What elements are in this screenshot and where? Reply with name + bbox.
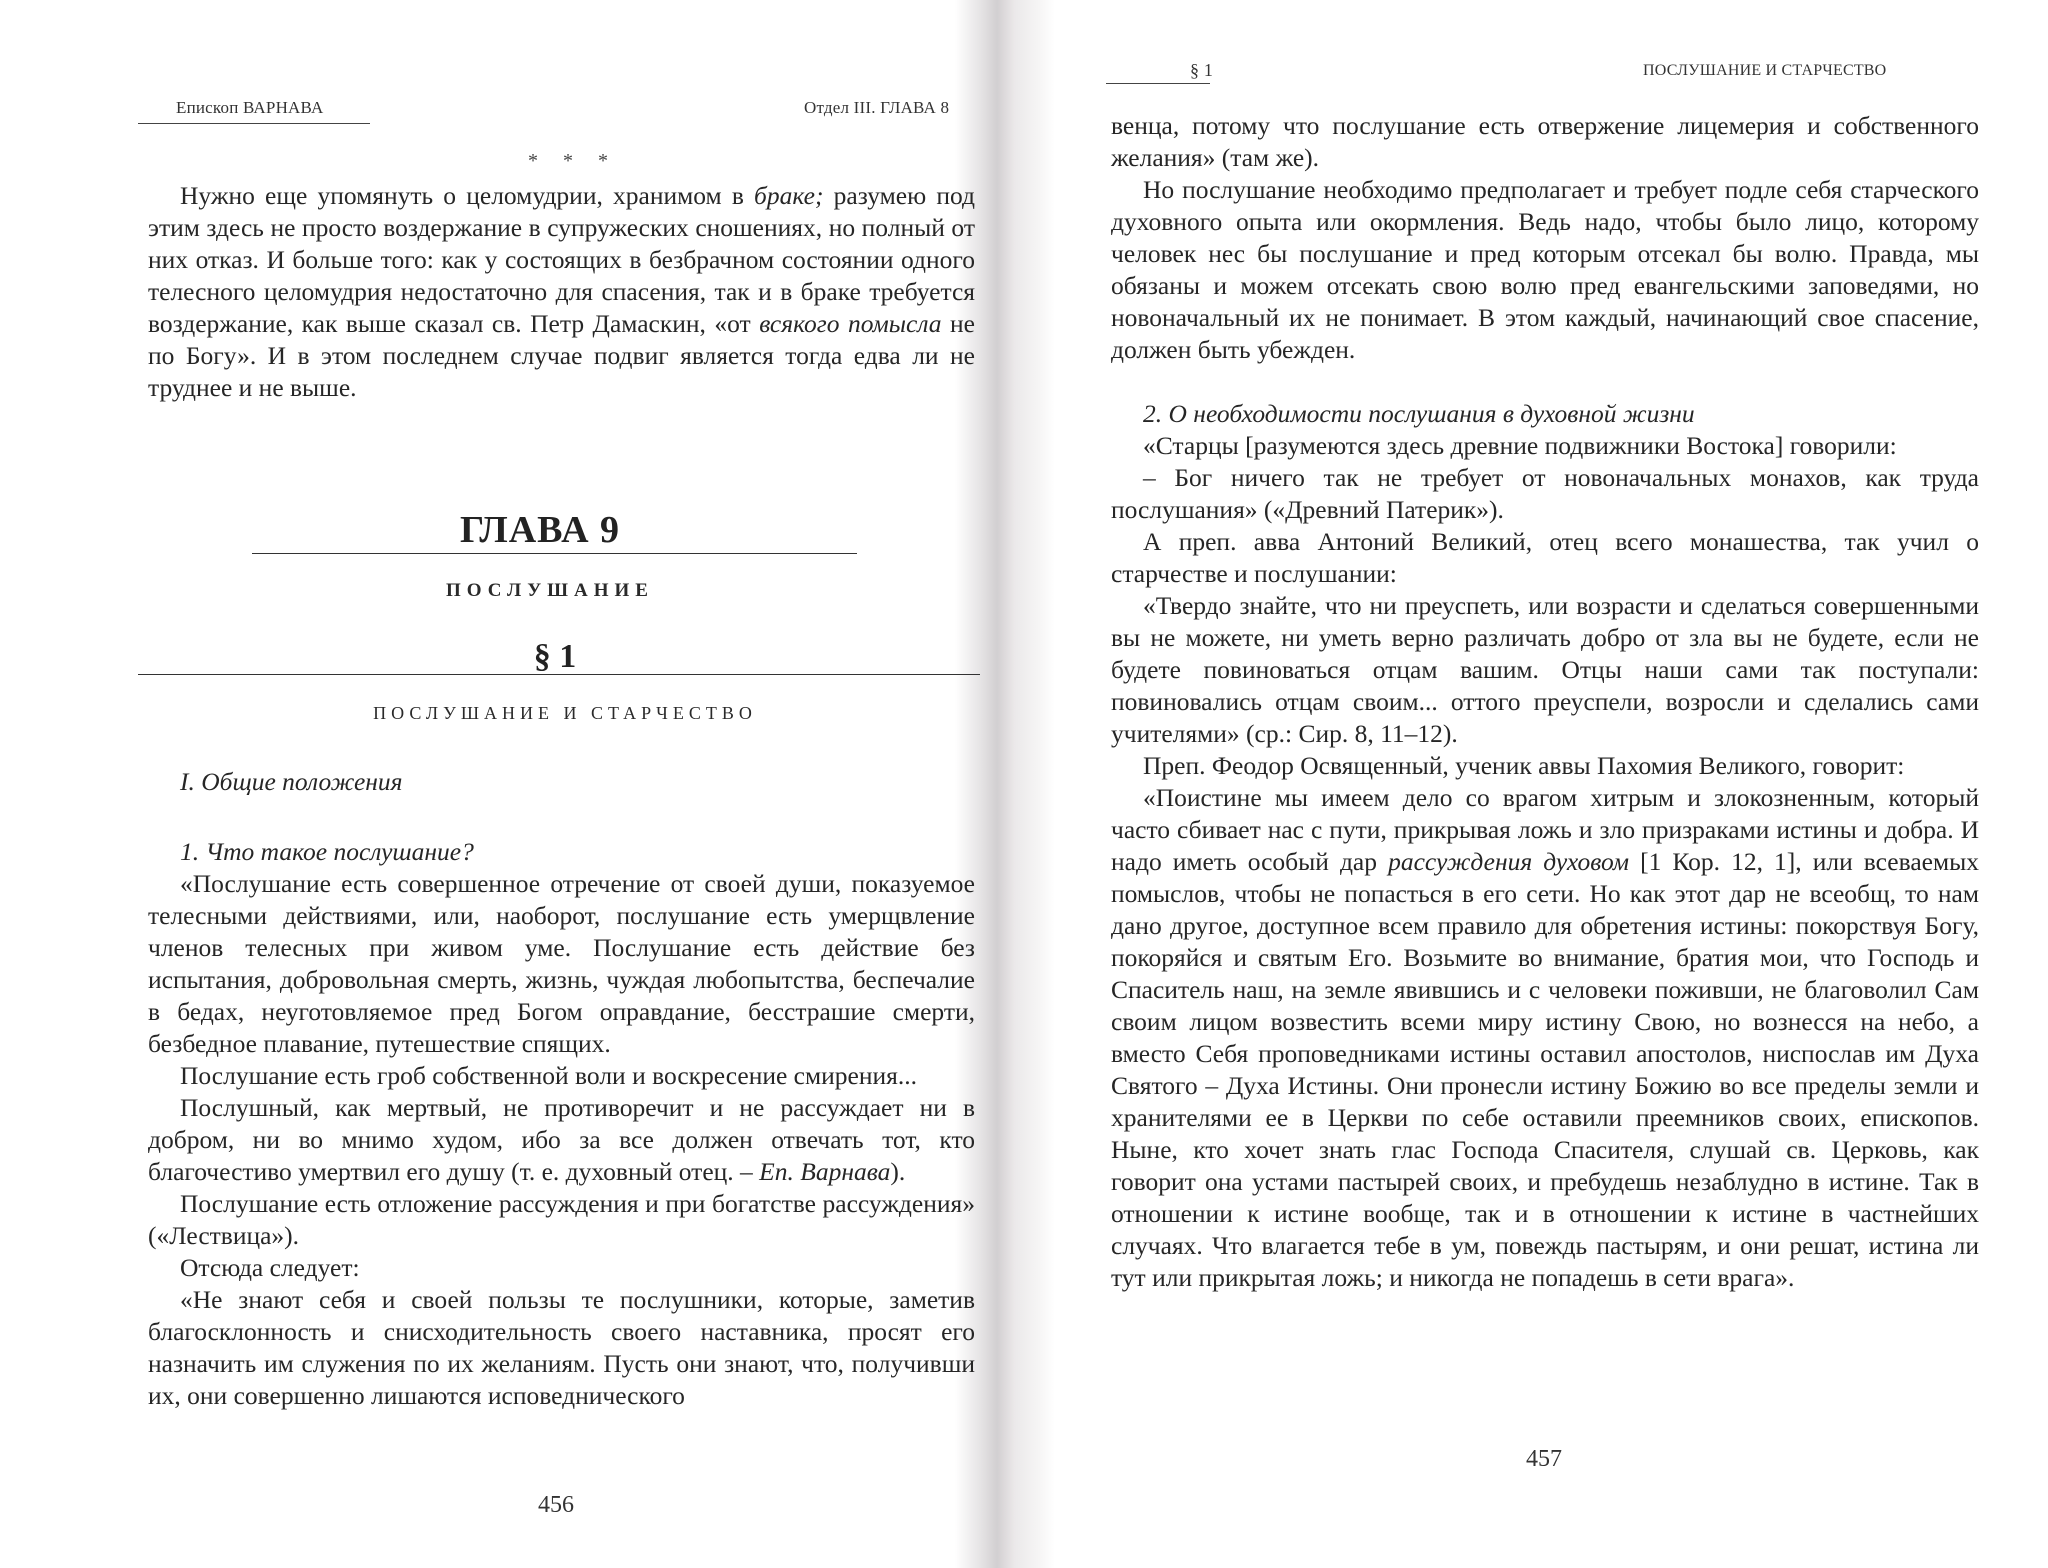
intro-text-block: Нужно еще упомянуть о целомудрии, храним…	[148, 180, 975, 404]
paragraph: – Бог ничего так не требует от новоначал…	[1111, 462, 1979, 526]
chapter-rule	[252, 553, 857, 554]
part-heading: I. Общие положения	[148, 766, 975, 798]
section-rule	[138, 674, 980, 675]
paragraph: Послушание есть гроб собственной воли и …	[148, 1060, 975, 1092]
right-text-block: венца, потому что послушание есть отверж…	[1111, 110, 1979, 1294]
asterism: * * *	[528, 150, 618, 173]
subheading-what-is-obedience: 1. Что такое послушание?	[148, 836, 975, 868]
chapter-title: ГЛАВА 9	[240, 508, 840, 552]
chapter-subtitle: ПОСЛУШАНИЕ	[240, 580, 860, 602]
running-head-author: Епископ ВАРНАВА	[176, 98, 323, 118]
paragraph: А преп. авва Антоний Великий, отец всего…	[1111, 526, 1979, 590]
running-head-section: Отдел III. ГЛАВА 8	[804, 98, 949, 118]
paragraph: Преп. Феодор Освященный, ученик аввы Пах…	[1111, 750, 1979, 782]
paragraph: Отсюда следует:	[148, 1252, 975, 1284]
running-head-title: ПОСЛУШАНИЕ И СТАРЧЕСТВО	[1643, 62, 1886, 80]
paragraph: «Старцы [разумеются здесь древние подвиж…	[1111, 430, 1979, 462]
section-title: ПОСЛУШАНИЕ И СТАРЧЕСТВО	[250, 703, 880, 724]
intro-paragraph: Нужно еще упомянуть о целомудрии, храним…	[148, 180, 975, 404]
paragraph: Послушный, как мертвый, не противоречит …	[148, 1092, 975, 1188]
section-mark: § 1	[440, 638, 670, 676]
subheading-necessity-of-obedience: 2. О необходимости послушания в духовной…	[1111, 398, 1979, 430]
paragraph: венца, потому что послушание есть отверж…	[1111, 110, 1979, 174]
gutter-shadow	[1015, 0, 1055, 1568]
running-head-rule	[138, 123, 370, 124]
paragraph: Послушание есть отложение рассуждения и …	[148, 1188, 975, 1252]
book-spread: Епископ ВАРНАВА Отдел III. ГЛАВА 8 * * *…	[0, 0, 2048, 1568]
page-number: 456	[496, 1492, 616, 1519]
running-head-section-mark: § 1	[1190, 60, 1213, 81]
paragraph: «Послушание есть совершенное отречение о…	[148, 868, 975, 1060]
paragraph: «Не знают себя и своей пользы те послушн…	[148, 1284, 975, 1412]
running-head-rule	[1106, 83, 1210, 84]
right-page: § 1 ПОСЛУШАНИЕ И СТАРЧЕСТВО венца, потом…	[1015, 0, 2048, 1568]
main-text-block: I. Общие положения 1. Что такое послушан…	[148, 766, 975, 1412]
quote-paragraph: «Поистине мы имеем дело со врагом хитрым…	[1111, 782, 1979, 1294]
paragraph: Но послушание необходимо предполагает и …	[1111, 174, 1979, 366]
paragraph: «Твердо знайте, что ни преуспеть, или во…	[1111, 590, 1979, 750]
page-number: 457	[1484, 1446, 1604, 1473]
left-page: Епископ ВАРНАВА Отдел III. ГЛАВА 8 * * *…	[0, 0, 1015, 1568]
